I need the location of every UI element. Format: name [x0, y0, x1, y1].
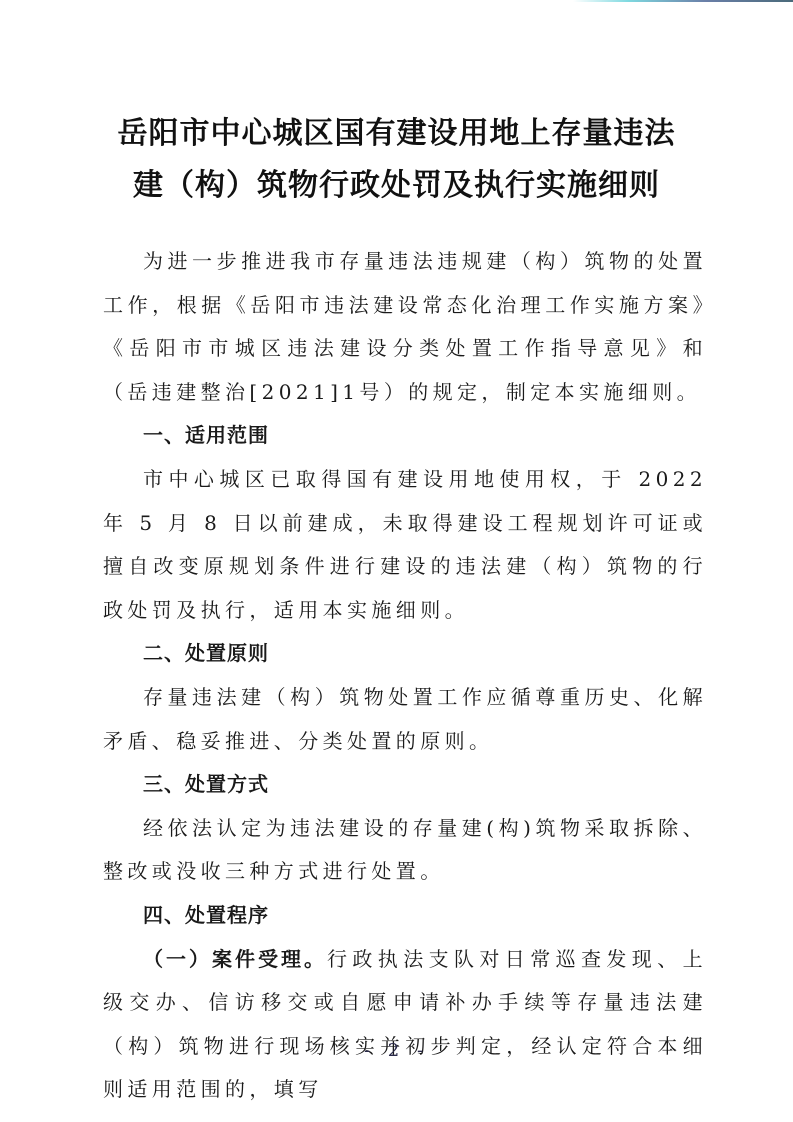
document-body: 为进一步推进我市存量违法违规建（构）筑物的处置工作，根据《岳阳市违法建设常态化治…: [103, 240, 707, 1112]
section-text-scope: 市中心城区已取得国有建设用地使用权，于 2022 年 5 月 8 日以前建成，未…: [103, 458, 707, 632]
title-line-1: 岳阳市中心城区国有建设用地上存量违法: [0, 108, 793, 160]
section-heading-principles: 二、处置原则: [103, 632, 707, 676]
section-text-procedure: （一）案件受理。行政执法支队对日常巡查发现、上级交办、信访移交或自愿申请补办手续…: [103, 938, 707, 1112]
title-line-2: 建（构）筑物行政处罚及执行实施细则: [0, 160, 793, 212]
section-heading-scope: 一、适用范围: [103, 414, 707, 458]
subsection-lead-case-acceptance: （一）案件受理。: [143, 947, 327, 971]
section-text-principles: 存量违法建（构）筑物处置工作应循尊重历史、化解矛盾、稳妥推进、分类处置的原则。: [103, 676, 707, 763]
page-number: - 2 -: [0, 1040, 793, 1061]
scan-edge-line: [573, 0, 793, 2]
section-heading-methods: 三、处置方式: [103, 763, 707, 807]
document-title: 岳阳市中心城区国有建设用地上存量违法 建（构）筑物行政处罚及执行实施细则: [0, 108, 793, 212]
section-text-methods: 经依法认定为违法建设的存量建(构)筑物采取拆除、整改或没收三种方式进行处置。: [103, 807, 707, 894]
intro-paragraph: 为进一步推进我市存量违法违规建（构）筑物的处置工作，根据《岳阳市违法建设常态化治…: [103, 240, 707, 414]
section-heading-procedure: 四、处置程序: [103, 894, 707, 938]
